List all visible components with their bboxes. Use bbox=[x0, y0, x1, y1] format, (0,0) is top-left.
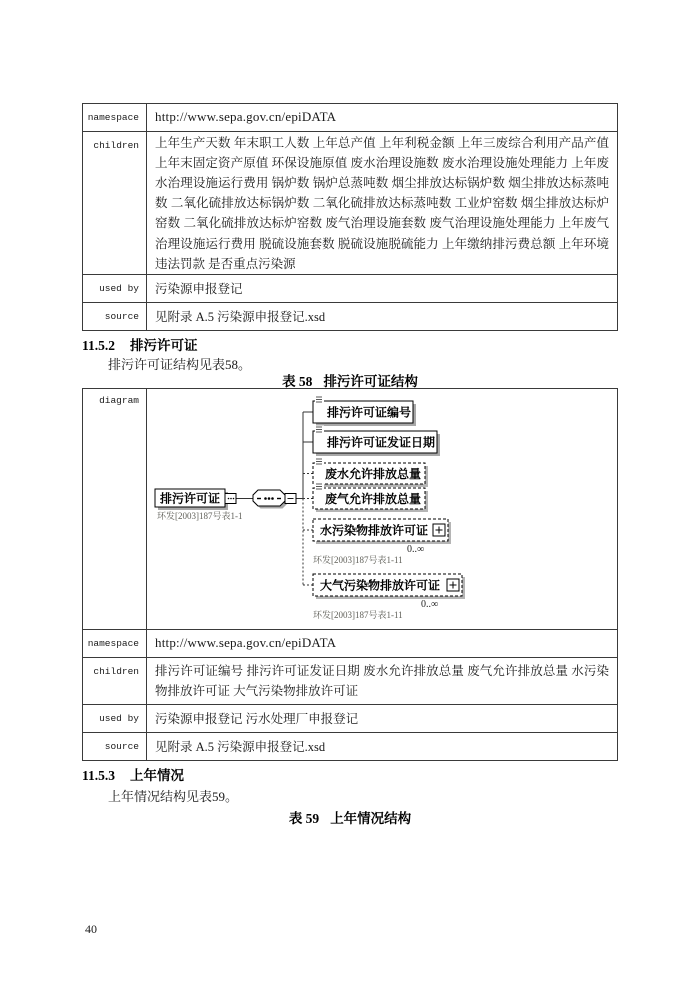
child-element-label: 水污染物排放许可证 bbox=[320, 523, 428, 538]
text-content-icon bbox=[315, 426, 324, 435]
table-58-caption: 表 58排污许可证结构 bbox=[82, 370, 618, 390]
namespace-value: http://www.sepa.gov.cn/epiDATA bbox=[147, 104, 617, 131]
child-element-label: 大气污染物排放许可证 bbox=[320, 578, 440, 593]
table-row: children 排污许可证编号 排污许可证发证日期 废水允许排放总量 废气允许… bbox=[83, 657, 617, 704]
child-element-box: 大气污染物排放许可证 0..∞ 环发[2003]187号表1-11 bbox=[313, 574, 465, 620]
children-value: 上年生产天数 年末职工人数 上年总产值 上年利税金额 上年三废综合利用产品产值 … bbox=[147, 132, 617, 274]
section-number: 11.5.2 bbox=[82, 338, 115, 353]
table-caption-title: 上年情况结构 bbox=[330, 811, 411, 826]
row-label-used-by: used by bbox=[83, 275, 147, 302]
section-title: 排污许可证 bbox=[130, 338, 198, 353]
child-element-label: 排污许可证发证日期 bbox=[326, 435, 435, 450]
row-label-source: source bbox=[83, 733, 147, 760]
root-caption: 环发[2003]187号表1-1 bbox=[157, 510, 243, 521]
row-label-children: children bbox=[83, 658, 147, 704]
child-element-box: 排污许可证编号 bbox=[313, 396, 416, 427]
text-content-icon bbox=[315, 458, 324, 467]
section-heading-11-5-3: 11.5.3上年情况 bbox=[82, 764, 184, 784]
table-row: namespace http://www.sepa.gov.cn/epiDATA bbox=[83, 104, 617, 131]
row-label-namespace: namespace bbox=[83, 630, 147, 657]
table-row: used by 污染源申报登记 bbox=[83, 274, 617, 302]
table-row: namespace http://www.sepa.gov.cn/epiDATA bbox=[83, 629, 617, 657]
child-element-label: 排污许可证编号 bbox=[326, 405, 411, 420]
section-number: 11.5.3 bbox=[82, 768, 115, 783]
spec-table-pollution-source-report: namespace http://www.sepa.gov.cn/epiDATA… bbox=[82, 103, 618, 331]
child-element-box: 废水允许排放总量 bbox=[313, 458, 428, 488]
source-value: 见附录 A.5 污染源申报登记.xsd bbox=[147, 733, 617, 760]
table-caption-label: 表 58 bbox=[282, 374, 312, 389]
namespace-value: http://www.sepa.gov.cn/epiDATA bbox=[147, 630, 617, 657]
root-element-label: 排污许可证 bbox=[159, 491, 220, 506]
row-label-diagram: diagram bbox=[83, 389, 147, 629]
table-caption-title: 排污许可证结构 bbox=[323, 374, 418, 389]
source-value: 见附录 A.5 污染源申报登记.xsd bbox=[147, 303, 617, 330]
spec-table-discharge-permit: diagram bbox=[82, 388, 618, 761]
used-by-value: 污染源申报登记 bbox=[147, 275, 617, 302]
child-caption: 环发[2003]187号表1-11 bbox=[313, 554, 403, 565]
child-element-box: 排污许可证发证日期 bbox=[313, 426, 440, 457]
section-heading-11-5-2: 11.5.2排污许可证 bbox=[82, 334, 198, 354]
schema-diagram-svg: 排污许可证 环发[2003]187号表1-1 bbox=[147, 389, 616, 629]
row-label-children: children bbox=[83, 132, 147, 274]
row-label-source: source bbox=[83, 303, 147, 330]
table-row: used by 污染源申报登记 污水处理厂申报登记 bbox=[83, 704, 617, 732]
table-row: source 见附录 A.5 污染源申报登记.xsd bbox=[83, 302, 617, 330]
text-content-icon bbox=[315, 396, 324, 405]
table-caption-label: 表 59 bbox=[289, 811, 319, 826]
expand-plus-icon bbox=[433, 524, 445, 536]
text-content-icon bbox=[315, 483, 324, 492]
document-page: namespace http://www.sepa.gov.cn/epiDATA… bbox=[0, 0, 700, 990]
cardinality-label: 0..∞ bbox=[407, 544, 424, 555]
expand-plus-icon bbox=[447, 579, 459, 591]
table-row-diagram: diagram bbox=[83, 389, 617, 629]
table-row: source 见附录 A.5 污染源申报登记.xsd bbox=[83, 732, 617, 760]
table-59-caption: 表 59上年情况结构 bbox=[82, 807, 618, 827]
table-row: children 上年生产天数 年末职工人数 上年总产值 上年利税金额 上年三废… bbox=[83, 131, 617, 274]
child-element-label: 废水允许排放总量 bbox=[325, 466, 421, 481]
sequence-compositor-icon bbox=[253, 490, 296, 509]
intro-paragraph: 上年情况结构见表59。 bbox=[108, 786, 238, 805]
child-caption: 环发[2003]187号表1-11 bbox=[313, 609, 403, 620]
section-title: 上年情况 bbox=[130, 768, 184, 783]
schema-diagram: 排污许可证 环发[2003]187号表1-1 bbox=[147, 389, 617, 629]
row-label-used-by: used by bbox=[83, 705, 147, 732]
root-element-box: 排污许可证 环发[2003]187号表1-1 bbox=[155, 489, 243, 521]
child-element-box: 水污染物排放许可证 0..∞ 环发[2003]187号表1-11 bbox=[313, 519, 451, 565]
cardinality-label: 0..∞ bbox=[421, 599, 438, 610]
row-label-namespace: namespace bbox=[83, 104, 147, 131]
used-by-value: 污染源申报登记 污水处理厂申报登记 bbox=[147, 705, 617, 732]
page-number: 40 bbox=[85, 922, 97, 937]
children-value: 排污许可证编号 排污许可证发证日期 废水允许排放总量 废气允许排放总量 水污染物… bbox=[147, 658, 617, 704]
child-element-label: 废气允许排放总量 bbox=[325, 491, 421, 506]
